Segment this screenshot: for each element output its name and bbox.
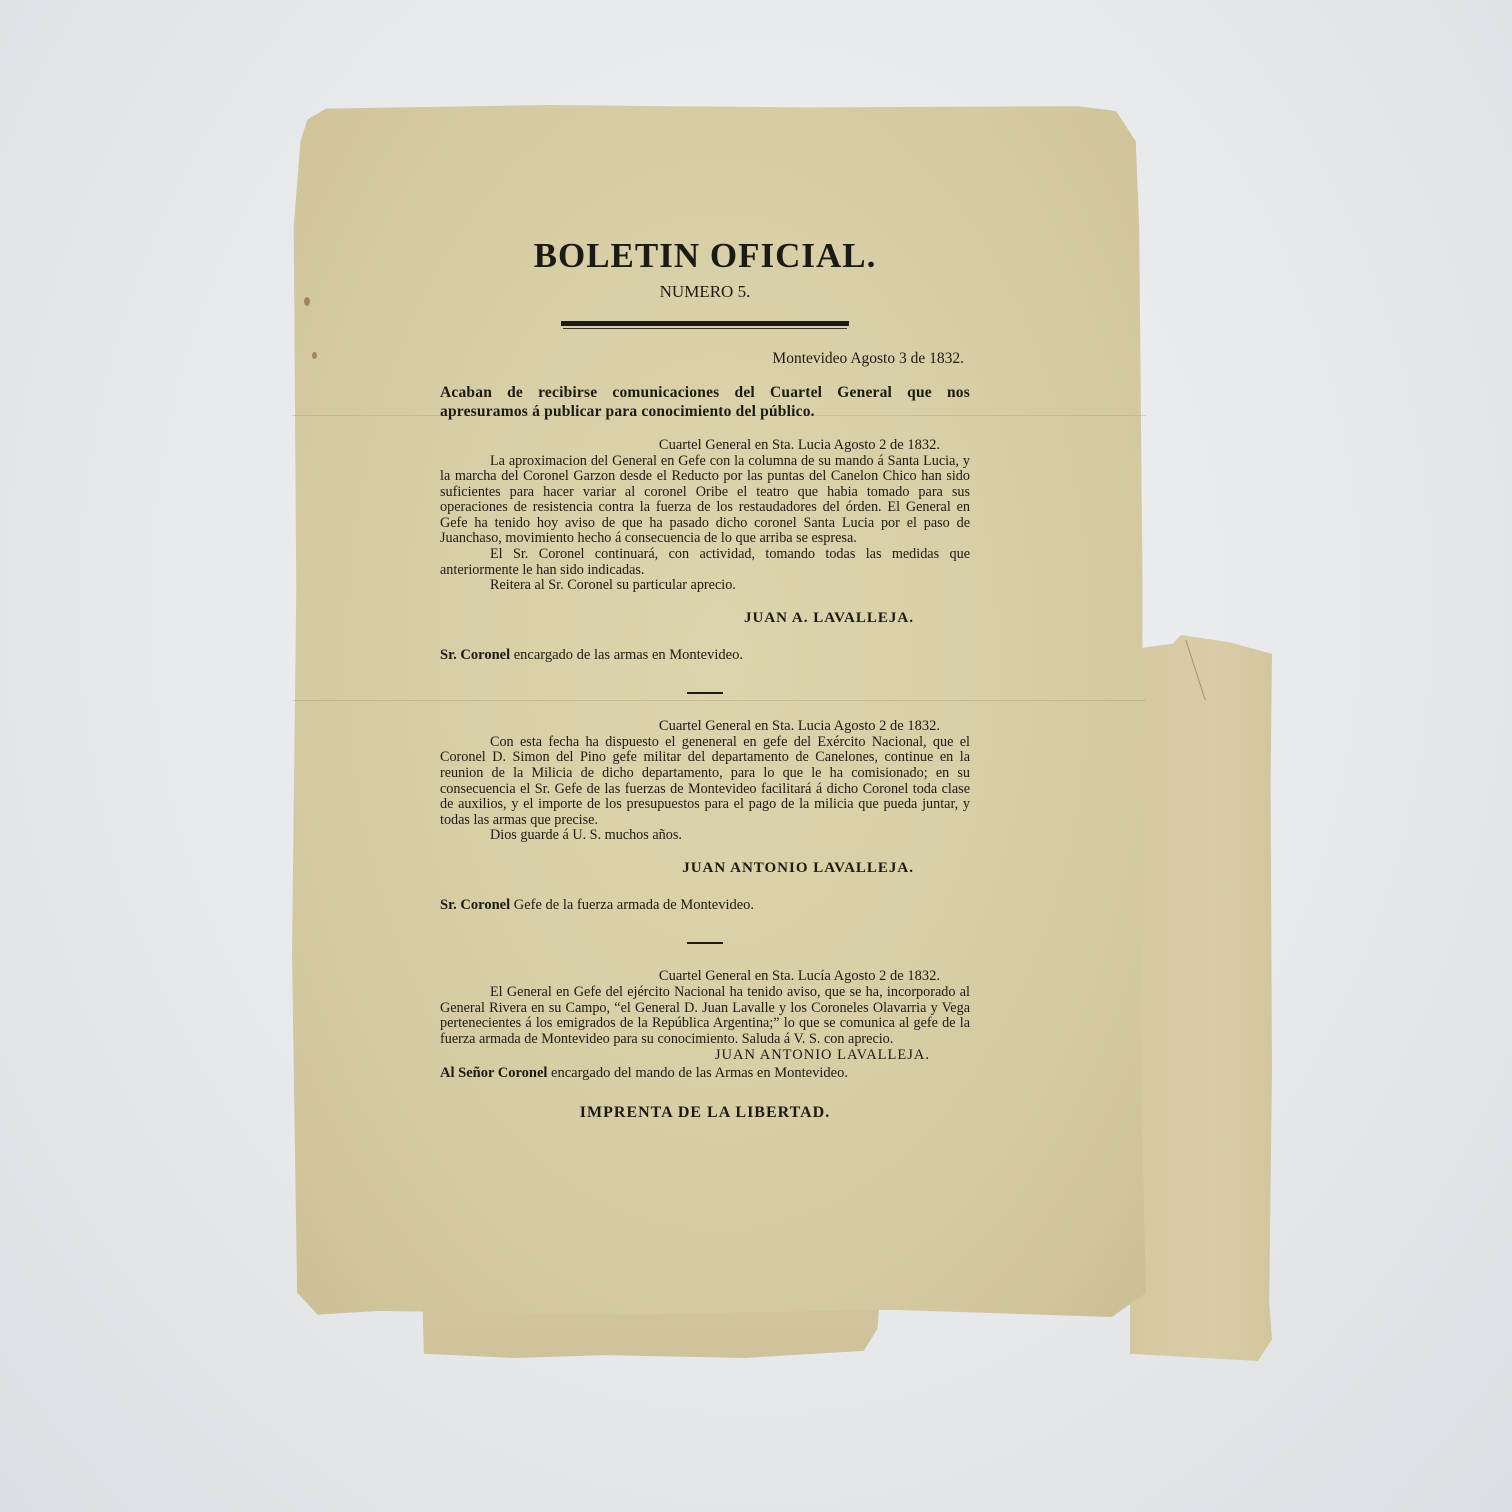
issue-number: NUMERO 5. xyxy=(440,281,970,303)
stain xyxy=(304,297,310,306)
section-separator xyxy=(687,692,723,694)
paragraph: Con esta fecha ha dispuesto el geneneral… xyxy=(440,735,970,829)
signature: JUAN ANTONIO LAVALLEJA. xyxy=(440,858,970,878)
printer-imprint: IMPRENTA DE LA LIBERTAD. xyxy=(440,1104,970,1122)
communication-1: Cuartel General en Sta. Lucia Agosto 2 d… xyxy=(440,437,970,664)
communication-header: Cuartel General en Sta. Lucia Agosto 2 d… xyxy=(440,718,970,735)
addressee-text: encargado de las armas en Montevideo. xyxy=(514,647,743,663)
signature: JUAN ANTONIO LAVALLEJA. xyxy=(440,1047,970,1064)
title-rule xyxy=(561,321,849,326)
section-separator xyxy=(687,942,723,944)
dateline: Montevideo Agosto 3 de 1832. xyxy=(440,349,970,369)
signature: JUAN A. LAVALLEJA. xyxy=(440,608,970,628)
addressee-prefix: Al Señor Coronel xyxy=(440,1065,547,1081)
communication-3: Cuartel General en Sta. Lucía Agosto 2 d… xyxy=(440,968,970,1082)
paragraph: La aproximacion del General en Gefe con … xyxy=(440,454,970,548)
back-sheet-torn-edge xyxy=(1130,635,1272,1361)
paragraph: Dios guarde á U. S. muchos años. xyxy=(440,828,970,844)
addressee-text: encargado del mando de las Armas en Mont… xyxy=(551,1065,848,1081)
boletin-content: BOLETIN OFICIAL. NUMERO 5. Montevideo Ag… xyxy=(440,235,970,1122)
paragraph: Reitera al Sr. Coronel su particular apr… xyxy=(440,578,970,594)
document-title: BOLETIN OFICIAL. xyxy=(440,235,970,277)
paragraph: El General en Gefe del ejército Nacional… xyxy=(440,985,970,1047)
addressee-text: Gefe de la fuerza armada de Montevideo. xyxy=(514,897,754,913)
addressee: Al Señor Coronel encargado del mando de … xyxy=(440,1064,970,1082)
communication-2: Cuartel General en Sta. Lucia Agosto 2 d… xyxy=(440,718,970,914)
communication-header: Cuartel General en Sta. Lucia Agosto 2 d… xyxy=(440,437,970,454)
addressee-prefix: Sr. Coronel xyxy=(440,647,510,663)
paragraph: El Sr. Coronel continuará, con actividad… xyxy=(440,547,970,578)
stain xyxy=(312,352,317,359)
addressee: Sr. Coronel Gefe de la fuerza armada de … xyxy=(440,896,970,914)
title-rule-thin xyxy=(563,328,847,329)
addressee: Sr. Coronel encargado de las armas en Mo… xyxy=(440,646,970,664)
intro-paragraph: Acaban de recibirse comunicaciones del C… xyxy=(440,383,970,421)
communication-header: Cuartel General en Sta. Lucía Agosto 2 d… xyxy=(440,968,970,985)
addressee-prefix: Sr. Coronel xyxy=(440,897,510,913)
